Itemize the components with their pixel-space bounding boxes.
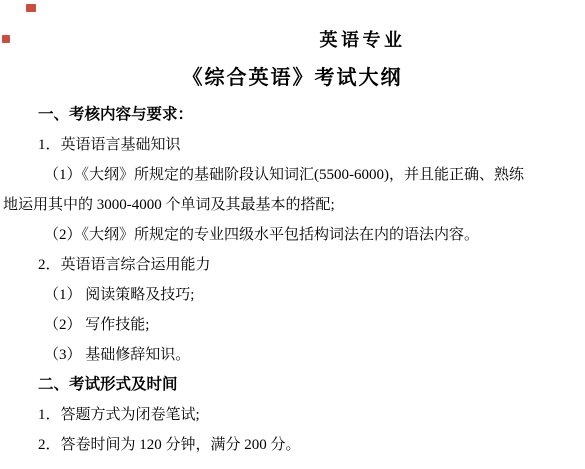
sub-item-1-1-vocabulary: （1）《大纲》所规定的基础阶段认知词汇(5500-6000)，并且能正确、熟练 (0, 160, 585, 190)
page-title: 英语专业 (70, 26, 585, 52)
sub-item-2-3-rhetoric: （3） 基础修辞知识。 (0, 340, 585, 370)
sub-item-2-2-writing: （2） 写作技能; (0, 310, 585, 340)
sub-item-1-1-continuation: 地运用其中的 3000-4000 个单词及其最基本的搭配; (0, 190, 585, 220)
section-1-heading: 一、考核内容与要求： (0, 100, 585, 130)
red-annotation-mark-left (2, 35, 10, 43)
page-subtitle: 《综合英语》考试大纲 (0, 61, 585, 90)
section-2-heading: 二、考试形式及时间 (0, 370, 585, 400)
document-body: 一、考核内容与要求： 1．英语语言基础知识 （1）《大纲》所规定的基础阶段认知词… (0, 100, 585, 460)
red-annotation-mark-top (26, 4, 36, 12)
document-page: 英语专业 《综合英语》考试大纲 一、考核内容与要求： 1．英语语言基础知识 （1… (0, 0, 585, 469)
item-2-comprehensive-ability: 2．英语语言综合运用能力 (0, 250, 585, 280)
item-1-basic-knowledge: 1．英语语言基础知识 (0, 130, 585, 160)
item-answer-mode: 1．答题方式为闭卷笔试; (0, 400, 585, 430)
sub-item-2-1-reading: （1） 阅读策略及技巧; (0, 280, 585, 310)
sub-item-1-2-grammar: （2）《大纲》所规定的专业四级水平包括构词法在内的语法内容。 (0, 220, 585, 250)
item-duration-score: 2．答卷时间为 120 分钟，满分 200 分。 (0, 430, 585, 460)
